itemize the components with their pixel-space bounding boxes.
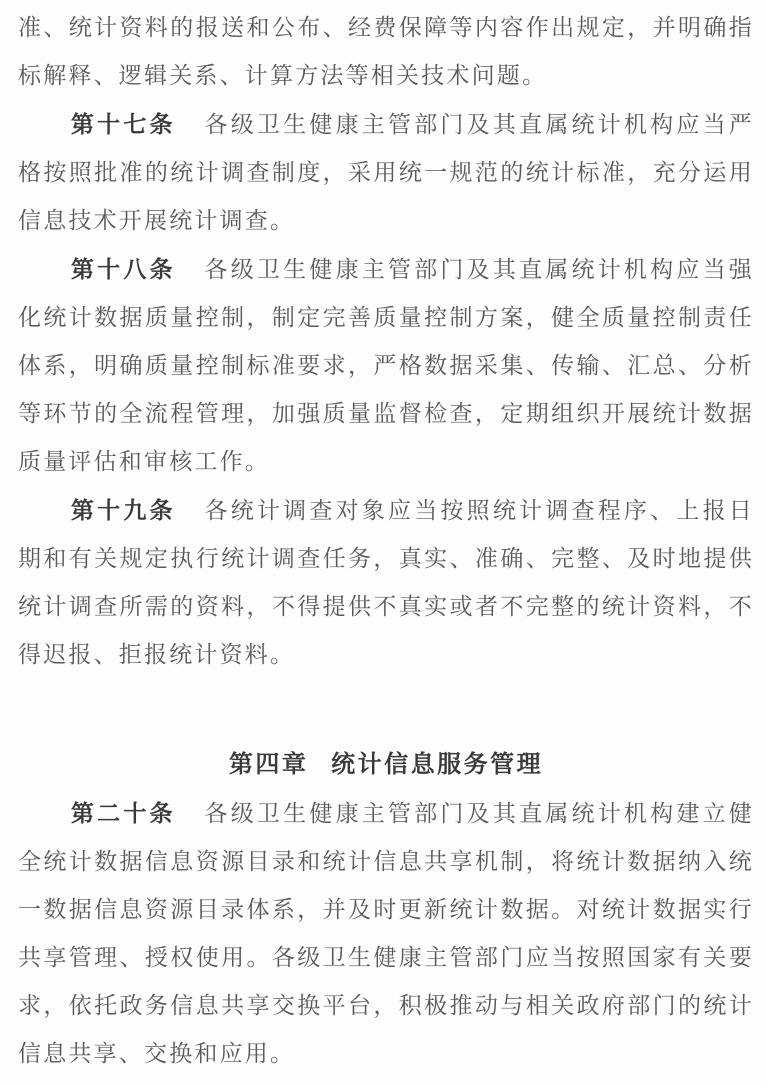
- paragraph-continuation-text: 准、统计资料的报送和公布、经费保障等内容作出规定，并明确指标解释、逻辑关系、计算…: [18, 15, 754, 88]
- paragraph-article-19: 第十九条各统计调查对象应当按照统计调查程序、上报日期和有关规定执行统计调查任务，…: [18, 486, 754, 679]
- article-20-text: 各级卫生健康主管部门及其直属统计机构建立健全统计数据信息资源目录和统计信息共享机…: [18, 801, 754, 1066]
- paragraph-article-20: 第二十条各级卫生健康主管部门及其直属统计机构建立健全统计数据信息资源目录和统计信…: [18, 789, 754, 1078]
- article-19-text: 各统计调查对象应当按照统计调查程序、上报日期和有关规定执行统计调查任务，真实、准…: [18, 498, 754, 667]
- paragraph-article-18: 第十八条各级卫生健康主管部门及其直属统计机构应当强化统计数据质量控制，制定完善质…: [18, 245, 754, 486]
- paragraph-article-17: 第十七条各级卫生健康主管部门及其直属统计机构应当严格按照批准的统计调查制度，采用…: [18, 100, 754, 245]
- chapter-heading-label: 第四章: [229, 751, 309, 778]
- article-19-label: 第十九条: [71, 497, 176, 523]
- article-18-text: 各级卫生健康主管部门及其直属统计机构应当强化统计数据质量控制，制定完善质量控制方…: [18, 257, 754, 474]
- chapter-heading-title: 统计信息服务管理: [331, 751, 543, 778]
- chapter-heading: 第四章统计信息服务管理: [18, 741, 754, 789]
- document-page: 准、统计资料的报送和公布、经费保障等内容作出规定，并明确指标解释、逻辑关系、计算…: [0, 0, 766, 1086]
- article-18-label: 第十八条: [71, 256, 176, 282]
- paragraph-continuation: 准、统计资料的报送和公布、经费保障等内容作出规定，并明确指标解释、逻辑关系、计算…: [18, 4, 754, 100]
- article-20-label: 第二十条: [71, 800, 176, 826]
- article-17-label: 第十七条: [71, 111, 176, 137]
